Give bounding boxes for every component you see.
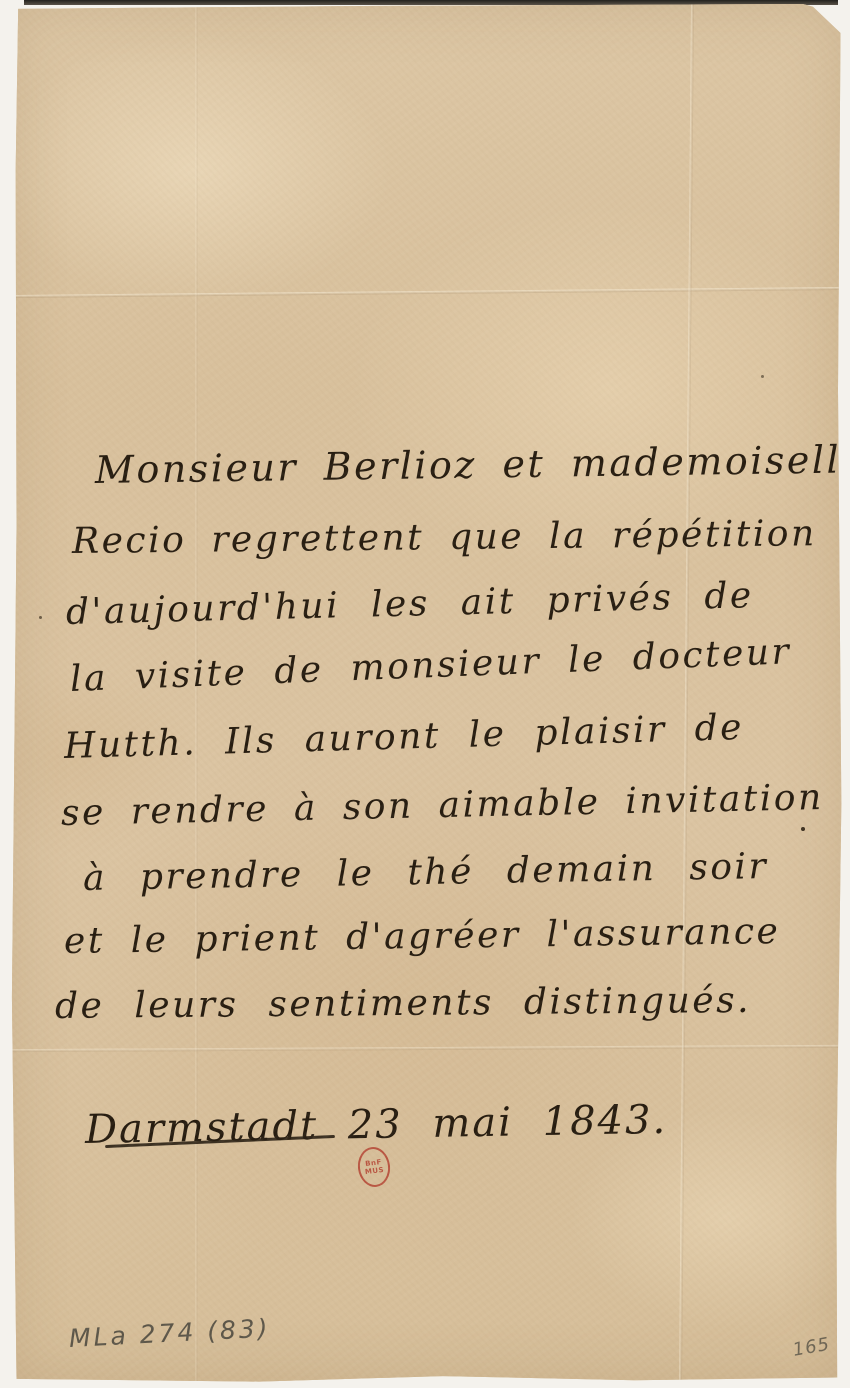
page-number-annotation: 165 [791, 1334, 831, 1361]
scanner-edge-shadow [24, 0, 838, 5]
horizontal-fold-crease-bottom [9, 1045, 843, 1052]
vertical-fold-crease-right [679, 4, 694, 1383]
ink-speck [39, 616, 42, 619]
ink-speck [761, 375, 764, 378]
handwriting-line: se rendre à son aimable invitation [61, 777, 825, 834]
handwriting-line: de leurs sentiments distingués. [55, 980, 751, 1027]
handwriting-line: Monsieur Berlioz et mademoiselle [95, 437, 850, 492]
letter-paper: Monsieur Berlioz et mademoiselle Recio r… [9, 4, 843, 1383]
handwriting-line: Hutth. Ils auront le plaisir de [63, 707, 744, 767]
horizontal-fold-crease-top [9, 287, 843, 298]
shelfmark-annotation: MLa 274 (83) [68, 1313, 271, 1353]
stamp-text-bottom: MUS [364, 1166, 384, 1176]
handwriting-line: et le prient d'agréer l'assurance [64, 911, 781, 962]
handwriting-line: à prendre le thé demain soir [83, 846, 769, 899]
letter-scan-scene: Monsieur Berlioz et mademoiselle Recio r… [0, 0, 850, 1388]
handwriting-line: d'aujourd'hui les ait privés de [65, 575, 754, 633]
library-stamp-icon: BnF MUS [356, 1145, 393, 1189]
handwriting-line: Recio regrettent que la répétition [72, 513, 817, 562]
ink-speck [801, 827, 805, 831]
handwriting-line: la visite de monsieur le docteur [69, 631, 792, 700]
